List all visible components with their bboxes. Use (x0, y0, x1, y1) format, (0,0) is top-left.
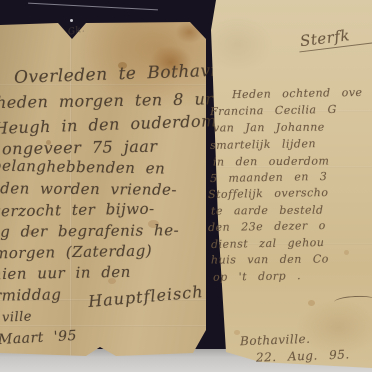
handwritten-line: hien uur in den (0, 263, 131, 283)
handwritten-line: in den ouderdom (213, 154, 329, 168)
handwritten-line: van Jan Johanne (213, 121, 325, 135)
handwritten-line: verzocht ter bijwo- (0, 200, 155, 221)
handwritten-line: Francina Cecilia G (210, 103, 337, 118)
handwritten-line: dienst zal gehou (211, 236, 325, 251)
place-line: Bothaville. (240, 332, 311, 348)
thread-artifact (28, 3, 158, 11)
handwritten-line: te aarde besteld (211, 204, 324, 218)
handwritten-line: Heden ochtend ove (232, 86, 363, 101)
handwritten-line: heden morgen ten 8 ure: (0, 89, 229, 112)
handwritten-line: den 23e dezer o (208, 219, 326, 234)
stain-spot (344, 250, 349, 255)
handwritten-line: 5 maanden en 3 (210, 170, 328, 185)
dust-speck (70, 19, 73, 22)
handwritten-line: Stoffelijk overscho (208, 186, 329, 201)
fold-crease (0, 325, 206, 327)
handwritten-line: nden worden vriende- (0, 179, 177, 199)
handwritten-line: op 't dorp . (213, 269, 301, 284)
handwritten-line: rmiddag (0, 285, 62, 304)
handwritten-line: ng der begrafenis he- (0, 221, 179, 241)
handwritten-line: morgen (Zaterdag) (0, 242, 152, 263)
photograph-of-letters: Gk. Overleden te Bothaville heden morgen… (0, 0, 372, 372)
handwritten-line: smartelijk lijden (210, 137, 316, 152)
handwritten-line: huis van den Co (211, 252, 329, 266)
stain-spot (308, 300, 315, 306)
handwritten-line: belanghebbenden en (0, 156, 165, 177)
place-fragment: ville (2, 309, 33, 325)
handwritten-line: ongeveer 75 jaar (2, 137, 158, 159)
